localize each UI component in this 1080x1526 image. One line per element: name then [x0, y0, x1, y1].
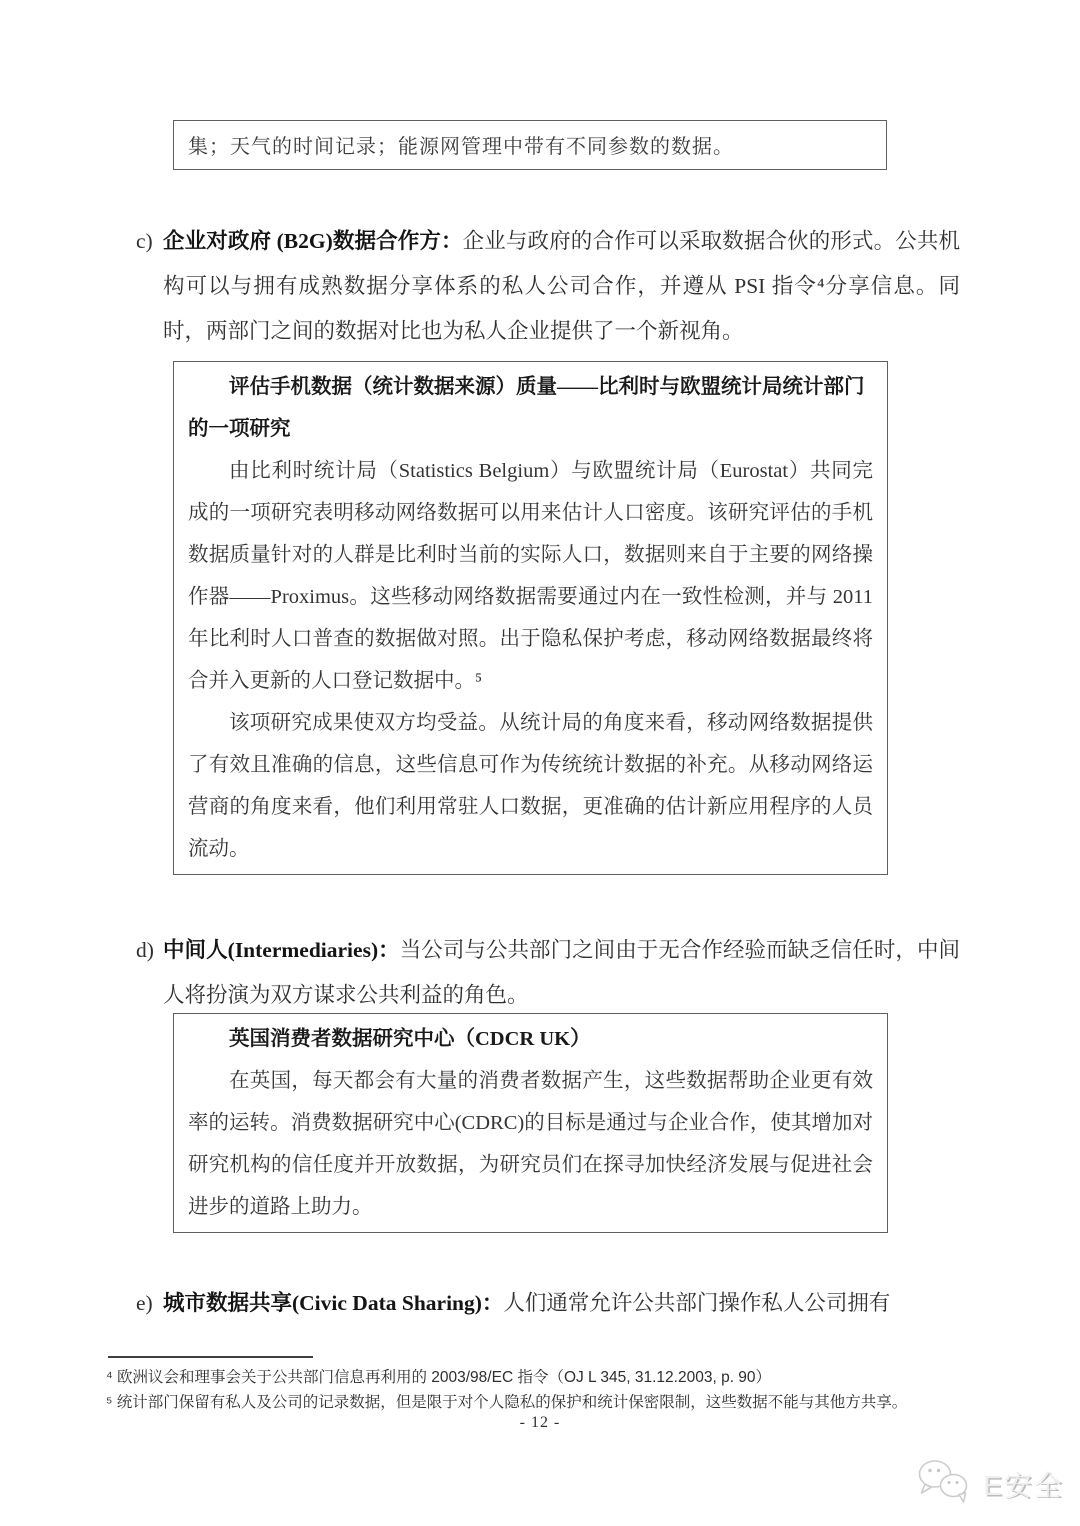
- page-number: - 12 -: [0, 1414, 1080, 1432]
- case-box-belgium-title: 评估手机数据（统计数据来源）质量——比利时与欧盟统计局统计部门的一项研究: [188, 366, 873, 450]
- list-item-d: d) 中间人(Intermediaries)：当公司与公共部门之间由于无合作经验…: [136, 928, 960, 1018]
- footnote-separator: [108, 1356, 313, 1358]
- case-box-cdrc-paragraph-1: 在英国，每天都会有大量的消费者数据产生，这些数据帮助企业更有效率的运转。消费数据…: [188, 1060, 873, 1228]
- item-d-title: 中间人(Intermediaries)：: [163, 938, 400, 962]
- publisher-watermark: E安全: [912, 1457, 1064, 1510]
- footnote-4: ⁴ 欧洲议会和理事会关于公共部门信息再利用的 2003/98/EC 指令（OJ …: [106, 1366, 986, 1389]
- item-c-marker: c): [136, 219, 153, 264]
- case-box-belgium-paragraph-2: 该项研究成果使双方均受益。从统计局的角度来看，移动网络数据提供了有效且准确的信息…: [188, 702, 873, 870]
- case-box-cdrc-title: 英国消费者数据研究中心（CDCR UK）: [188, 1018, 873, 1060]
- item-d-marker: d): [136, 928, 154, 973]
- continuation-text: 集；天气的时间记录；能源网管理中带有不同参数的数据。: [188, 136, 734, 158]
- continuation-text-box: 集；天气的时间记录；能源网管理中带有不同参数的数据。: [173, 120, 887, 170]
- case-box-belgium-paragraph-1: 由比利时统计局（Statistics Belgium）与欧盟统计局（Eurost…: [188, 450, 873, 702]
- item-e-body: 人们通常允许公共部门操作私人公司拥有: [503, 1291, 890, 1315]
- watermark-label: E安全: [983, 1464, 1064, 1504]
- case-box-belgium-study: 评估手机数据（统计数据来源）质量——比利时与欧盟统计局统计部门的一项研究 由比利…: [173, 361, 888, 875]
- list-item-e: e) 城市数据共享(Civic Data Sharing)：人们通常允许公共部门…: [136, 1281, 960, 1326]
- case-box-cdrc-uk: 英国消费者数据研究中心（CDCR UK） 在英国，每天都会有大量的消费者数据产生…: [173, 1013, 888, 1233]
- item-e-marker: e): [136, 1281, 153, 1326]
- item-c-title: 企业对政府 (B2G)数据合作方：: [163, 229, 463, 253]
- wechat-icon: [912, 1457, 974, 1510]
- footnote-5: ⁵ 统计部门保留有私人及公司的记录数据，但是限于对个人隐私的保护和统计保密限制，…: [106, 1391, 986, 1414]
- item-e-title: 城市数据共享(Civic Data Sharing)：: [163, 1291, 503, 1315]
- list-item-c: c) 企业对政府 (B2G)数据合作方：企业与政府的合作可以采取数据合伙的形式。…: [136, 219, 960, 354]
